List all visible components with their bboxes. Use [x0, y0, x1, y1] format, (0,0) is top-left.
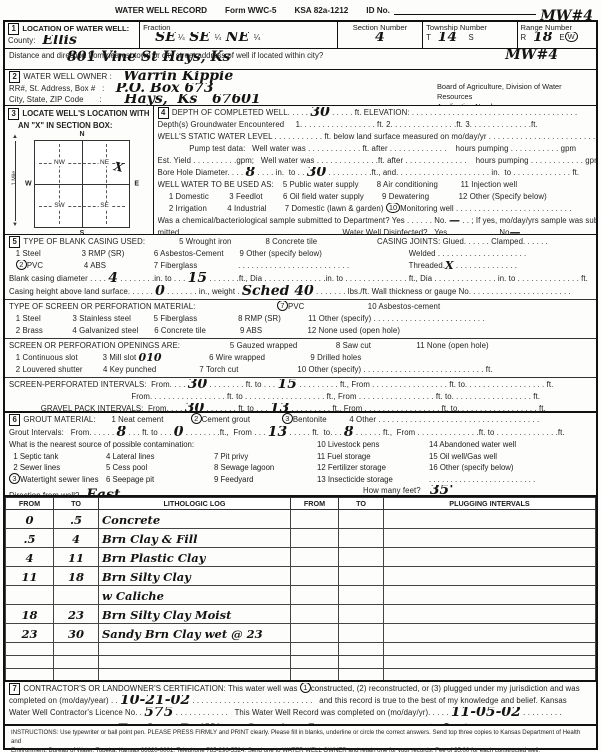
plugging-cell: [384, 510, 596, 529]
form-text: [9, 261, 16, 270]
litho-table-body: 0.5Concrete.54Brn Clay & Fill411Brn Plas…: [6, 510, 596, 683]
handwritten-value: 15: [277, 379, 296, 391]
screen-material-row-1: 1 Steel 3 Stainless steel 5 Fiberglass 8…: [9, 313, 592, 325]
est-yield-line: Est. Yield . . . . . . . . . .gpm; Well …: [158, 155, 596, 167]
north-label: N: [79, 131, 84, 138]
ne-quadrant-label: NE: [98, 159, 111, 166]
id-blank-line: [394, 5, 536, 15]
form-text: Bore Hole Diameter. . . .: [158, 168, 246, 177]
handwritten-value: 18: [68, 570, 84, 584]
form-text: 1 Domestic 3 Feedlot 6 Oil field water s…: [158, 192, 547, 201]
form-text: Bentonite 4 Other . . . . . . . . . . . …: [293, 415, 539, 424]
form-text: TYPE OF SCREEN OR PERFORATION MATERIAL:: [9, 302, 277, 311]
handwritten-value: 4: [108, 272, 118, 285]
contamination-item: 10 Livestock pens: [317, 439, 429, 451]
owner-line: WATER WELL OWNER : Warrin Kippie: [23, 72, 233, 81]
table-row: 2330Sandy Brn Clay wet @ 23: [6, 624, 596, 643]
handwritten-value: SE: [189, 32, 210, 44]
section-3-4-row: 3LOCATE WELL'S LOCATION WITH AN "X" IN S…: [5, 106, 596, 235]
table-row: [6, 669, 596, 682]
plugging-cell: [384, 586, 596, 605]
groundwater-encountered-line: Depth(s) Groundwater Encountered 1. . . …: [158, 119, 596, 131]
handwritten-value: 11: [68, 551, 84, 565]
handwritten-value: 4: [72, 532, 80, 546]
openings-row-1: 1 Continuous slot 3 Mill slot 010 6 Wire…: [9, 352, 592, 364]
form-text: GRAVEL PACK INTERVALS: From. . . .: [9, 404, 185, 413]
circled-choice: 2: [191, 413, 202, 424]
handwritten-value: 4: [25, 551, 33, 565]
contamination-item: 12 Fertilizer storage: [317, 462, 429, 474]
form-text: TYPE OF BLANK CASING USED: 5 Wrought iro…: [23, 237, 317, 246]
table-row: w Caliche: [6, 586, 596, 605]
form-text: City, State, ZIP Code :: [9, 95, 124, 104]
depth-cell: 11: [6, 567, 54, 586]
section-box-diagram: ▲ 1 Mile ▼ N S W E: [8, 134, 130, 228]
section-number-value: 4: [375, 32, 385, 44]
section-1-location: 1LOCATION OF WATER WELL: County: Ellis F…: [5, 22, 596, 49]
quarter-line-right: [106, 144, 107, 224]
section-3-badge: 3: [8, 108, 19, 120]
depth-completed-line: DEPTH OF COMPLETED WELL. . . . . 30 . . …: [172, 108, 577, 117]
instructions-block: INSTRUCTIONS: Use typewriter or ball poi…: [5, 726, 596, 752]
depth-cell: [291, 529, 339, 548]
screen-material-block: TYPE OF SCREEN OR PERFORATION MATERIAL: …: [5, 300, 596, 339]
depth-cell: [339, 669, 384, 682]
handwritten-value: 14: [438, 32, 457, 44]
form-text: 1 Steel 3 RMP (SR) 6 Asbestos-Cement 9 O…: [9, 249, 322, 258]
range-value: R 18 EW: [521, 32, 593, 44]
locate-title-1: LOCATE WELL'S LOCATION WITH: [22, 109, 149, 118]
depth-cell: [339, 643, 384, 656]
locate-title-2: AN "X" IN SECTION BOX:: [18, 121, 112, 130]
form-text: . . . ft. to . . .: [126, 428, 174, 437]
plugging-cell: [384, 643, 596, 656]
table-row: 1118Brn Silty Clay: [6, 567, 596, 586]
form-text: Was a chemical/bacteriological sample su…: [158, 216, 449, 225]
depth-cell: [339, 624, 384, 643]
lithologic-table: FROM TO LITHOLOGIC LOG FROM TO PLUGGING …: [5, 497, 596, 682]
handwritten-value: Brn Silty Clay: [102, 570, 191, 584]
form-text: CASING JOINTS: Glued. . . . . . Clamped.…: [377, 237, 548, 246]
section-6-badge: 6: [9, 414, 20, 426]
blank-casing-diameter-line: Blank casing diameter . . . . 4 . . . . …: [9, 272, 592, 285]
handwritten-value: 8: [245, 167, 255, 179]
handwritten-value: X: [445, 260, 454, 272]
handwritten-value: Sched 40: [242, 285, 314, 298]
lithologic-cell: w Caliche: [99, 586, 291, 605]
section-5-casing: 5TYPE OF BLANK CASING USED: 5 Wrought ir…: [5, 235, 596, 413]
table-row: 0.5Concrete: [6, 510, 596, 529]
contamination-item: 16 Other (specify below): [429, 462, 592, 474]
form-number: Form WWC-5: [225, 6, 276, 15]
handwritten-value: 0: [155, 285, 165, 298]
depth-cell: 0: [6, 510, 54, 529]
depth-cell: 23: [6, 624, 54, 643]
section-3-locate: 3LOCATE WELL'S LOCATION WITH AN "X" IN S…: [5, 106, 154, 234]
lithologic-cell: Brn Silty Clay Moist: [99, 605, 291, 624]
contamination-item: 2 Sewer lines: [9, 462, 106, 474]
bore-hole-diameter-line: Bore Hole Diameter. . . . 8 . . . . in. …: [158, 167, 596, 179]
center-horizontal-line: [35, 184, 129, 185]
depth-cell: [291, 624, 339, 643]
form-text: . . . . . . .ft., Dia . . . . . . . . . …: [207, 274, 588, 283]
certification-line-1: CONTRACTOR'S OR LANDOWNER'S CERTIFICATIO…: [23, 684, 579, 693]
table-row: [6, 656, 596, 669]
lithologic-cell: [99, 656, 291, 669]
handwritten-value: P.O. Box 673: [116, 83, 214, 95]
handwritten-value: —: [449, 215, 460, 227]
handwritten-value: 18: [533, 32, 552, 44]
blank-casing-block: 5TYPE OF BLANK CASING USED: 5 Wrought ir…: [5, 235, 596, 300]
circled-choice: 1: [300, 683, 311, 693]
certification-line-4: under the business name of Funkee Drilli…: [9, 719, 592, 726]
circled-choice: 2: [16, 260, 27, 270]
contamination-item-circled: 3Watertight sewer lines: [9, 474, 106, 486]
casing-type-row-1: 1 Steel 3 RMP (SR) 6 Asbestos-Cement 9 O…: [9, 248, 377, 260]
handwritten-value: Warrin Kippie: [123, 71, 233, 83]
grout-intervals-line: Grout Intervals: From. . . . . . 8 . . .…: [5, 426, 596, 439]
handwritten-value: 010: [139, 352, 162, 364]
form-text: . . . . . . . . . . . . . .: [454, 261, 517, 270]
form-header: WATER WELL RECORD Form WWC-5 KSA 82a-121…: [0, 5, 601, 15]
form-ksa: KSA 82a-1212: [294, 6, 348, 15]
casing-joints-threaded-line: Threaded.X . . . . . . . . . . . . . .: [377, 260, 592, 272]
lithologic-cell: Brn Silty Clay: [99, 567, 291, 586]
form-text: WATER WELL OWNER :: [23, 72, 123, 81]
form-text: 1 Steel 3 Stainless steel 5 Fiberglass 8…: [9, 314, 485, 323]
form-text: . . . . . . . . . ft., From . . . . . . …: [289, 404, 545, 413]
depth-cell: [291, 643, 339, 656]
contamination-item: 7 Pit privy: [214, 451, 317, 463]
intervals-block: SCREEN-PERFORATED INTERVALS: From. . . .…: [5, 378, 596, 413]
lithologic-cell: Concrete: [99, 510, 291, 529]
handwritten-value: Concrete: [102, 513, 160, 527]
form-text: Pump test data: Well water was . . . . .…: [158, 144, 577, 153]
lithologic-cell: Sandy Brn Clay wet @ 23: [99, 624, 291, 643]
depth-cell: [291, 510, 339, 529]
depth-cell: [291, 605, 339, 624]
handwritten-value: 11: [21, 570, 37, 584]
plugging-cell: [384, 567, 596, 586]
handwritten-value: 15: [188, 272, 207, 285]
circled-choice: W: [565, 32, 578, 42]
form-text: 2 Irrigation 4 Industrial 7 Domestic (la…: [158, 204, 386, 213]
form-text: Welded . . . . . . . . . . . . . . . . .…: [377, 249, 526, 258]
col-to-1: TO: [54, 498, 99, 510]
form-text: Grout Intervals: From. . . . . .: [9, 428, 116, 437]
handwritten-value: w Caliche: [102, 589, 164, 603]
handwritten-value: 8: [116, 426, 126, 439]
handwritten-value: 0: [174, 426, 184, 439]
casing-type-header: TYPE OF BLANK CASING USED: 5 Wrought iro…: [23, 237, 317, 246]
section-4-badge: 4: [158, 107, 169, 119]
handwritten-value: Funkee Drilling Service Inc: [117, 722, 332, 726]
handwritten-value: 23: [21, 627, 37, 641]
depth-cell: [6, 669, 54, 682]
handwritten-value: 30: [307, 167, 326, 179]
sample-submitted-line: Was a chemical/bacteriological sample su…: [158, 215, 596, 227]
form-text: GROUT MATERIAL: 1 Neat cement: [23, 415, 190, 424]
depth-cell: [339, 567, 384, 586]
quarter-line-left: [59, 144, 60, 224]
handwritten-value: Brn Silty Clay Moist: [102, 608, 231, 622]
well-use-header-line: WELL WATER TO BE USED AS: 5 Public water…: [158, 179, 596, 191]
township-label: Township Number: [426, 23, 513, 32]
form-text: Threaded.: [377, 261, 445, 270]
fraction-cell: Fraction SE ¼ SE ¼ NE ¼: [140, 22, 338, 48]
west-label: W: [25, 181, 32, 188]
section-1-badge: 1: [8, 23, 19, 35]
col-from-2: FROM: [291, 498, 339, 510]
handwritten-value: 30: [188, 379, 207, 391]
handwritten-value: 23: [68, 608, 84, 622]
contamination-question: What is the nearest source of possible c…: [9, 439, 317, 451]
col-lithologic-log: LITHOLOGIC LOG: [99, 498, 291, 510]
board-of-agriculture-block: Board of Agriculture, Division of Water …: [437, 82, 596, 106]
depth-cell: [54, 669, 99, 682]
location-cell: 1LOCATION OF WATER WELL: County: Ellis: [5, 22, 140, 48]
form-text: T: [426, 33, 438, 42]
form-text: . . . . . . . .ft., From . . .: [183, 428, 267, 437]
table-row: 411Brn Plastic Clay: [6, 548, 596, 567]
township-value: T 14 S: [426, 32, 513, 44]
form-text: RR#, St. Address, Box # :: [9, 84, 116, 93]
handwritten-value: 30: [185, 403, 204, 413]
form-text: Blank casing diameter . . . .: [9, 274, 108, 283]
form-text: S: [457, 33, 474, 42]
arrow-down-icon: ▼: [12, 222, 18, 228]
depth-cell: [291, 669, 339, 682]
contamination-item: 13 Insecticide storage: [317, 474, 429, 486]
certification-line-3: Water Well Contractor's Licence No. . 57…: [9, 707, 592, 719]
section-7-badge: 7: [9, 683, 20, 695]
form-text: 6 Wire wrapped 9 Drilled holes: [162, 353, 362, 362]
scale-bar: 1 Mile: [15, 141, 16, 221]
handwritten-value: 13: [268, 426, 287, 439]
depth-cell: [291, 548, 339, 567]
handwritten-value: 35': [430, 485, 454, 497]
form-text: Casing height above land surface. . . . …: [9, 287, 155, 296]
form-text: How many feet?: [363, 486, 430, 495]
handwritten-value: Sandy Brn Clay wet @ 23: [102, 627, 263, 641]
depth-cell: [339, 529, 384, 548]
gravel-pack-intervals-line-1: GRAVEL PACK INTERVALS: From. . . . 30 . …: [9, 403, 592, 413]
handwritten-value: Ellis: [42, 35, 77, 47]
plugging-cell: [384, 529, 596, 548]
screen-material-header: TYPE OF SCREEN OR PERFORATION MATERIAL: …: [9, 301, 592, 313]
form-text: R: [521, 33, 534, 42]
depth-cell: [291, 567, 339, 586]
depth-cell: 4: [6, 548, 54, 567]
circled-choice: 7: [277, 301, 288, 311]
circled-choice: 3: [282, 413, 293, 424]
depth-cell: 4: [54, 529, 99, 548]
plugging-cell: [384, 605, 596, 624]
handwritten-value: 575: [144, 707, 173, 719]
form-text: . . . . . ft. ELEVATION: . . . . . . . .…: [330, 108, 577, 117]
depth-cell: [54, 643, 99, 656]
form-text: WELL'S STATIC WATER LEVEL . . . . . . . …: [158, 132, 596, 141]
form-text: ¼: [176, 33, 189, 42]
one-mile-scale: ▲ 1 Mile ▼: [8, 134, 22, 228]
lithologic-cell: [99, 669, 291, 682]
casing-joints-glued-line: CASING JOINTS: Glued. . . . . . Clamped.…: [377, 236, 592, 248]
form-title: WATER WELL RECORD: [115, 6, 207, 15]
contamination-grid: What is the nearest source of possible c…: [5, 439, 596, 485]
handwritten-value: 30: [68, 627, 84, 641]
form-text: ¼: [210, 33, 226, 42]
form-text: . . . . . . ft., From . . . . . . . . . …: [354, 428, 565, 437]
depth-cell: [6, 656, 54, 669]
form-text: . . . . . . . . . ft., From . . . . . . …: [297, 380, 553, 389]
contamination-item: 14 Abandoned water well: [429, 439, 592, 451]
handwritten-value: 13: [270, 403, 289, 413]
contamination-item: 15 Oil well/Gas well: [429, 451, 592, 463]
form-border: 1LOCATION OF WATER WELL: County: Ellis F…: [3, 20, 598, 750]
col-from-1: FROM: [6, 498, 54, 510]
casing-type-row-2: 2PVC 4 ABS 7 Fiberglass . . . . . . . . …: [9, 260, 377, 272]
form-text: County:: [8, 36, 42, 45]
form-text: E: [553, 33, 565, 42]
depth-cell: [339, 548, 384, 567]
form-text: . . . . . . . ft. to . . .: [204, 404, 270, 413]
depth-cell: 11: [54, 548, 99, 567]
form-text: PVC 4 ABS 7 Fiberglass . . . . . . . . .…: [27, 261, 349, 270]
form-text: . . . . . . . . . . . . . . . . . . . . …: [190, 696, 567, 705]
form-text: . . . . . . . in., weight .: [165, 287, 242, 296]
form-text: Est. Yield . . . . . . . . . .gpm; Well …: [158, 156, 596, 165]
nw-quadrant-label: NW: [52, 159, 67, 166]
table-header-row: FROM TO LITHOLOGIC LOG FROM TO PLUGGING …: [6, 498, 596, 510]
fraction-label: Fraction: [143, 23, 334, 32]
form-text: WELL WATER TO BE USED AS: 5 Public water…: [158, 180, 518, 189]
handwritten-value: 18: [21, 608, 37, 622]
direction-row: Direction from well? East How many feet?…: [5, 485, 596, 497]
well-location-x-mark: X: [114, 166, 123, 168]
screen-openings-block: SCREEN OR PERFORATION OPENINGS ARE: 5 Ga…: [5, 339, 596, 378]
plugging-cell: [384, 656, 596, 669]
form-text: Depth(s) Groundwater Encountered 1. . . …: [158, 120, 538, 129]
contamination-item: 5 Cess pool: [106, 462, 214, 474]
depth-cell: [6, 586, 54, 605]
depth-cell: [291, 656, 339, 669]
form-text: ¼: [249, 33, 260, 42]
casing-joints-welded-line: Welded . . . . . . . . . . . . . . . . .…: [377, 248, 592, 260]
form-text: Monitoring well . . . . . . . . . . . . …: [400, 204, 571, 213]
handwritten-value: Hays, Ks 67601: [124, 94, 260, 106]
contamination-item: 4 Lateral lines: [106, 451, 214, 463]
depth-cell: 18: [6, 605, 54, 624]
form-text: SCREEN-PERFORATED INTERVALS: From. . . .: [9, 380, 188, 389]
well-use-row-1: 1 Domestic 3 Feedlot 6 Oil field water s…: [158, 191, 596, 203]
form-text: DEPTH OF COMPLETED WELL. . . . .: [172, 108, 310, 117]
form-text: . . . . . . . . .: [521, 708, 562, 717]
form-text: . . ; If yes, mo/day/yrs sample was sub-: [460, 216, 596, 225]
circled-choice: 10: [386, 203, 400, 213]
township-cell: Township Number T 14 S: [423, 22, 517, 48]
mile-label: 1 Mile: [11, 171, 17, 186]
lithologic-cell: [99, 643, 291, 656]
form-text: mitted Water Well Disinfected? Yes No: [158, 228, 510, 235]
static-water-level-line: WELL'S STATIC WATER LEVEL . . . . . . . …: [158, 131, 596, 143]
screen-perforated-intervals-line-1: SCREEN-PERFORATED INTERVALS: From. . . .…: [9, 379, 592, 391]
table-row: [6, 643, 596, 656]
form-text: 1 Continuous slot 3 Mill slot: [9, 353, 139, 362]
depth-cell: 30: [54, 624, 99, 643]
depth-cell: 18: [54, 567, 99, 586]
contamination-item: 11 Fuel storage: [317, 451, 429, 463]
table-row: 1823Brn Silty Clay Moist: [6, 605, 596, 624]
handwritten-value: Brn Plastic Clay: [102, 551, 205, 565]
form-text: 2 Brass 4 Galvanized steel 6 Concrete ti…: [9, 326, 400, 335]
contamination-item: 8 Sewage lagoon: [214, 462, 317, 474]
casing-height-line: Casing height above land surface. . . . …: [9, 285, 592, 298]
screen-material-row-2: 2 Brass 4 Galvanized steel 6 Concrete ti…: [9, 325, 592, 337]
form-text: Cement grout: [202, 415, 282, 424]
lithologic-cell: Brn Plastic Clay: [99, 548, 291, 567]
plugging-cell: [384, 669, 596, 682]
well-use-row-2: 2 Irrigation 4 Industrial 7 Domestic (la…: [158, 203, 596, 215]
handwritten-value: 8: [344, 426, 354, 439]
section-2-owner: 2WATER WELL OWNER : Warrin Kippie RR#, S…: [5, 70, 596, 106]
handwritten-value: 30: [310, 107, 329, 119]
se-quadrant-label: SE: [98, 202, 111, 209]
distance-row: Distance and direction from nearest town…: [5, 49, 596, 70]
pump-test-line: Pump test data: Well water was . . . . .…: [158, 143, 596, 155]
certification-line-2: completed on (mo/day/year) . . 10-21-02 …: [9, 695, 592, 707]
depth-cell: [339, 605, 384, 624]
water-well-record-form: WATER WELL RECORD Form WWC-5 KSA 82a-121…: [0, 0, 601, 752]
form-text: . . . . in. to . .: [255, 168, 307, 177]
depth-cell: [6, 643, 54, 656]
form-text: . . . . . ft. to. . .: [287, 428, 344, 437]
how-many-feet-line: How many feet? 35': [363, 485, 454, 497]
contamination-item: 6 Seepage pit: [106, 474, 214, 486]
section-7-certification: 7CONTRACTOR'S OR LANDOWNER'S CERTIFICATI…: [5, 682, 596, 726]
depth-cell: [339, 656, 384, 669]
instructions-line-2: Environment, Bureau of Water, Topeka, Ka…: [11, 746, 590, 752]
depth-cell: [339, 586, 384, 605]
circled-choice: 3: [9, 473, 20, 484]
instructions-line-1: INSTRUCTIONS: Use typewriter or ball poi…: [11, 728, 590, 746]
east-label: E: [134, 181, 139, 188]
form-text: . . . . . . . . . .ft., and. . . . . . .…: [326, 168, 579, 177]
form-text: CONTRACTOR'S OR LANDOWNER'S CERTIFICATIO…: [23, 684, 299, 693]
section-4-depth: 4DEPTH OF COMPLETED WELL. . . . . 30 . .…: [154, 106, 596, 234]
form-text: PVC 10 Asbestos-cement: [288, 302, 440, 311]
depth-cell: [291, 586, 339, 605]
section-square: N S W E NW NE SW SE X: [34, 140, 130, 228]
disinfected-line: mitted Water Well Disinfected? Yes No—: [158, 227, 596, 235]
handwritten-value: —: [510, 227, 521, 235]
form-text: From. . . . . . . . . . . . . . . . . ft…: [9, 392, 540, 401]
form-text: Watertight sewer lines: [20, 475, 99, 484]
grout-material-line: GROUT MATERIAL: 1 Neat cement 2Cement gr…: [23, 415, 539, 424]
section-1-title: LOCATION OF WATER WELL:: [22, 24, 129, 33]
depth-cell: .5: [54, 510, 99, 529]
arrow-up-icon: ▲: [12, 134, 18, 140]
plugging-cell: [384, 548, 596, 567]
depth-cell: [54, 656, 99, 669]
fraction-values: SE ¼ SE ¼ NE ¼: [143, 32, 334, 44]
lithologic-cell: Brn Clay & Fill: [99, 529, 291, 548]
form-text: . . . . . . . lbs./ft. Wall thickness or…: [314, 287, 571, 296]
section-5-badge: 5: [9, 236, 20, 248]
depth-cell: [54, 586, 99, 605]
depth-cell: 23: [54, 605, 99, 624]
handwritten-value: SE: [155, 32, 176, 44]
screen-perforated-intervals-line-2: From. . . . . . . . . . . . . . . . . ft…: [9, 391, 592, 403]
